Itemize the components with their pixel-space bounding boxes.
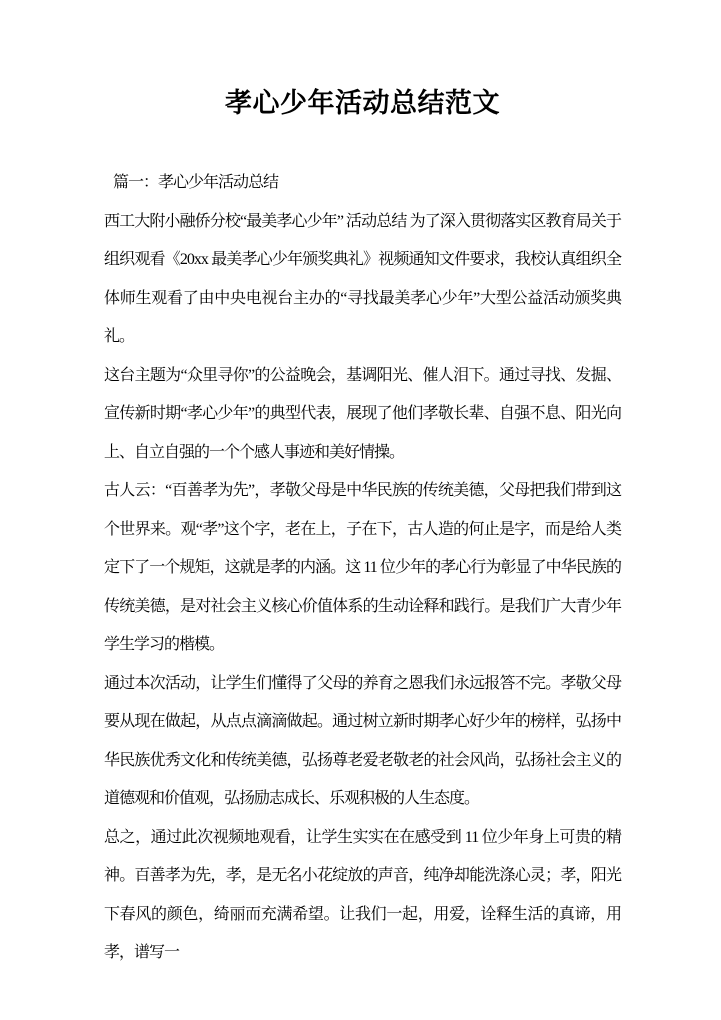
- paragraph: 通过本次活动，让学生们懂得了父母的养育之恩我们永远报答不完。孝敬父母要从现在做起…: [104, 665, 621, 819]
- document-page: 孝心少年活动总结范文 篇一：孝心少年活动总结西工大附小融侨分校“最美孝心少年” …: [0, 0, 721, 1020]
- paragraph: 西工大附小融侨分校“最美孝心少年” 活动总结 为了深入贯彻落实区教育局关于组织观…: [104, 203, 621, 357]
- paragraph: 篇一：孝心少年活动总结: [104, 164, 621, 203]
- paragraph: 这台主题为“众里寻你”的公益晚会，基调阳光、催人泪下。通过寻找、发掘、宣传新时期…: [104, 357, 621, 473]
- document-content: 篇一：孝心少年活动总结西工大附小融侨分校“最美孝心少年” 活动总结 为了深入贯彻…: [104, 164, 621, 973]
- paragraph: 总之，通过此次视频地观看，让学生实实在在感受到 11 位少年身上可贵的精神。百善…: [104, 819, 621, 973]
- document-title: 孝心少年活动总结范文: [104, 86, 621, 120]
- paragraph: 古人云：“百善孝为先”，孝敬父母是中华民族的传统美德，父母把我们带到这个世界来。…: [104, 472, 621, 665]
